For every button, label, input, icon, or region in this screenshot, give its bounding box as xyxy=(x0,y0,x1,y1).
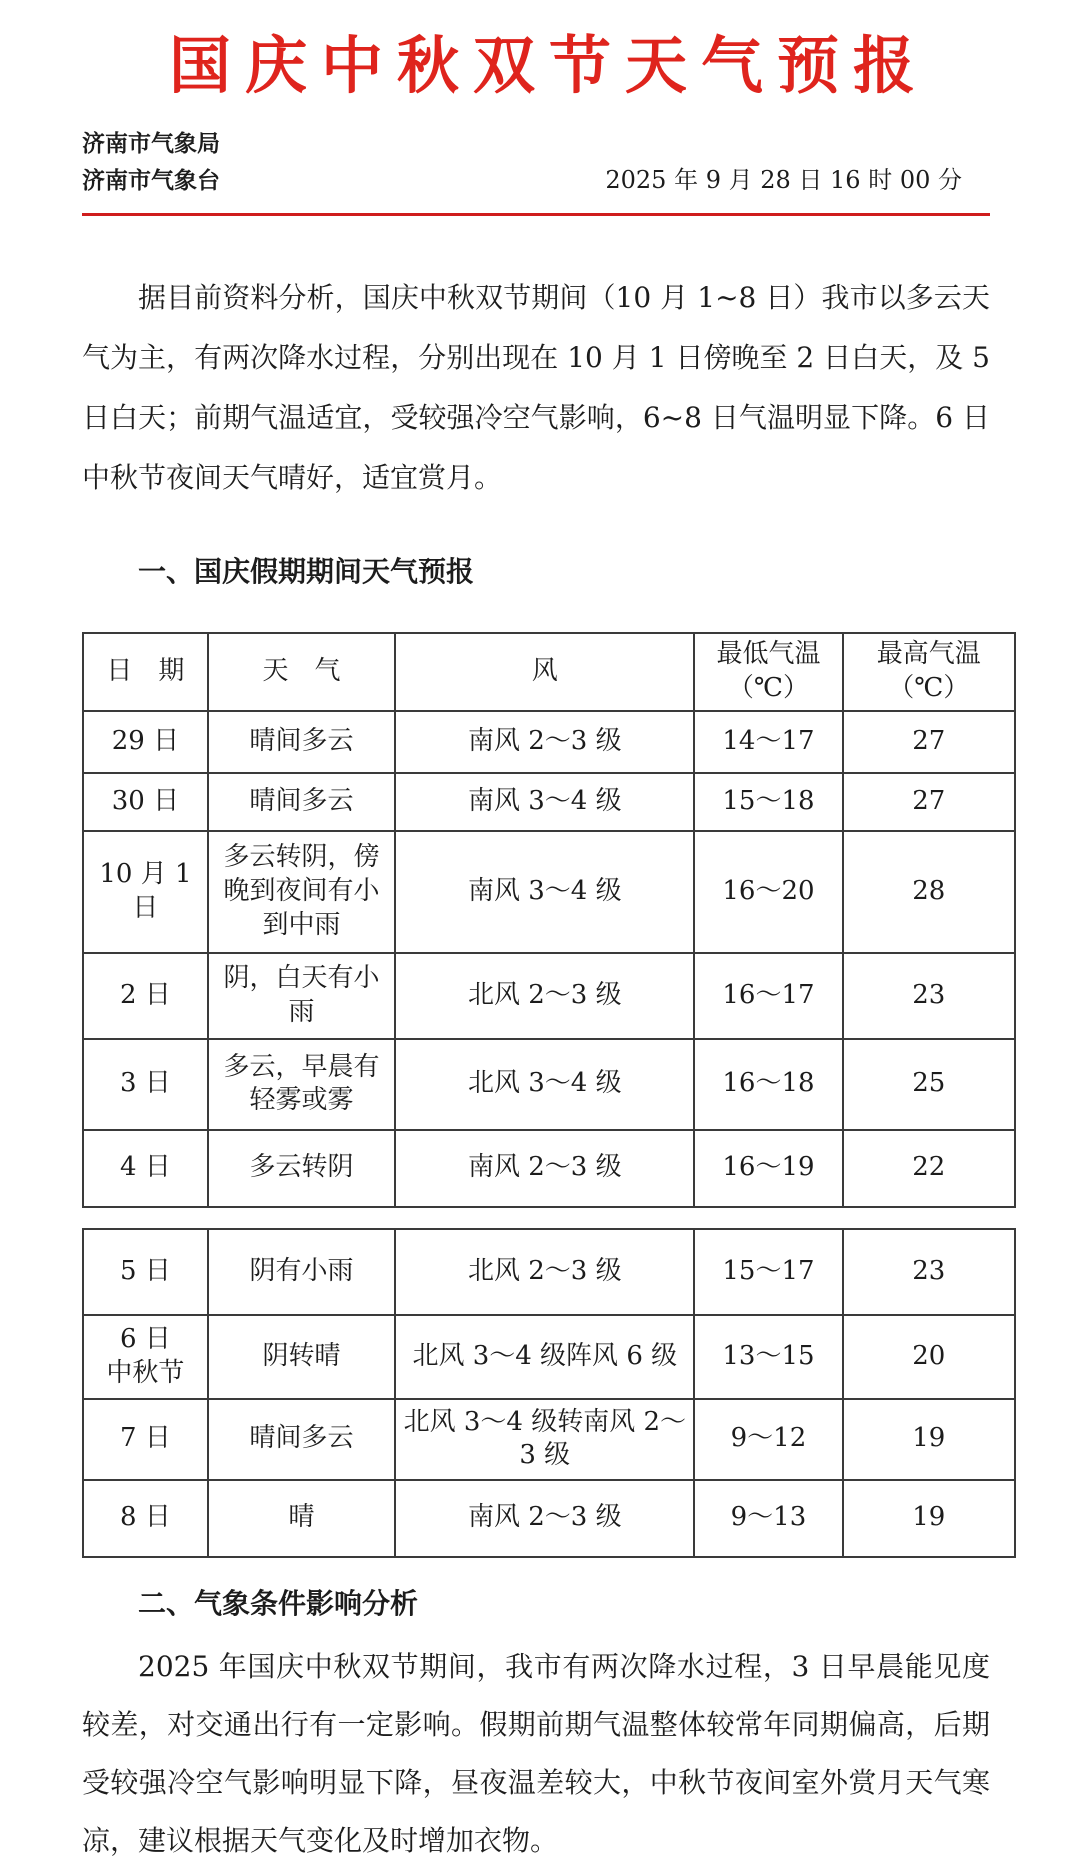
table-row: 6 日 中秋节 阴转晴 北风 3～4 级阵风 6 级 13～15 20 xyxy=(83,1315,1015,1399)
weather-cell: 阴，白天有小雨 xyxy=(208,953,395,1039)
table-header-row: 日 期 天 气 风 最低气温 （℃） 最高气温 （℃） xyxy=(83,633,1015,711)
wind-cell: 北风 3～4 级转南风 2～3 级 xyxy=(395,1399,694,1480)
wind-cell: 北风 3～4 级 xyxy=(395,1039,694,1130)
forecast-table-2: 5 日 阴有小雨 北风 2～3 级 15～17 23 6 日 中秋节 阴转晴 北… xyxy=(82,1228,1016,1558)
date-cell: 7 日 xyxy=(83,1399,208,1480)
table-row: 29 日 晴间多云 南风 2～3 级 14～17 27 xyxy=(83,711,1015,773)
tmax-cell: 23 xyxy=(843,953,1015,1039)
date-cell: 5 日 xyxy=(83,1229,208,1315)
wind-cell: 南风 3～4 级 xyxy=(395,773,694,831)
weather-cell: 多云转阴 xyxy=(208,1130,395,1207)
tmax-cell: 23 xyxy=(843,1229,1015,1315)
issuer-block: 济南市气象局 济南市气象台 xyxy=(82,125,220,199)
tmin-cell: 16～20 xyxy=(694,831,842,953)
date-cell: 10 月 1 日 xyxy=(83,831,208,953)
section2-heading: 二、气象条件影响分析 xyxy=(138,1584,1016,1624)
section1-heading: 一、国庆假期期间天气预报 xyxy=(138,552,1016,592)
weather-cell: 晴间多云 xyxy=(208,711,395,773)
tmin-cell: 14～17 xyxy=(694,711,842,773)
date-cell: 4 日 xyxy=(83,1130,208,1207)
weather-cell: 多云，早晨有轻雾或雾 xyxy=(208,1039,395,1130)
wind-cell: 南风 2～3 级 xyxy=(395,1480,694,1557)
table-row: 7 日 晴间多云 北风 3～4 级转南风 2～3 级 9～12 19 xyxy=(83,1399,1015,1480)
wind-cell: 南风 2～3 级 xyxy=(395,711,694,773)
tmin-cell: 16～17 xyxy=(694,953,842,1039)
col-header-tmax: 最高气温 （℃） xyxy=(843,633,1015,711)
tmin-cell: 16～18 xyxy=(694,1039,842,1130)
tmin-cell: 9～13 xyxy=(694,1480,842,1557)
wind-cell: 北风 2～3 级 xyxy=(395,1229,694,1315)
date-cell: 8 日 xyxy=(83,1480,208,1557)
analysis-paragraph: 2025 年国庆中秋双节期间，我市有两次降水过程，3 日早晨能见度较差，对交通出… xyxy=(82,1638,990,1864)
table-row: 4 日 多云转阴 南风 2～3 级 16～19 22 xyxy=(83,1130,1015,1207)
weather-cell: 多云转阴，傍晚到夜间有小到中雨 xyxy=(208,831,395,953)
document-header: 济南市气象局 济南市气象台 2025 年 9 月 28 日 16 时 00 分 xyxy=(82,125,1016,199)
col-header-tmin: 最低气温 （℃） xyxy=(694,633,842,711)
col-header-wind: 风 xyxy=(395,633,694,711)
issuer-line-1: 济南市气象局 xyxy=(82,125,220,162)
table-row: 10 月 1 日 多云转阴，傍晚到夜间有小到中雨 南风 3～4 级 16～20 … xyxy=(83,831,1015,953)
date-cell: 3 日 xyxy=(83,1039,208,1130)
wind-cell: 北风 2～3 级 xyxy=(395,953,694,1039)
tmax-cell: 22 xyxy=(843,1130,1015,1207)
table-row: 2 日 阴，白天有小雨 北风 2～3 级 16～17 23 xyxy=(83,953,1015,1039)
tmax-cell: 19 xyxy=(843,1399,1015,1480)
date-cell: 6 日 中秋节 xyxy=(83,1315,208,1399)
tmax-cell: 25 xyxy=(843,1039,1015,1130)
issuer-line-2: 济南市气象台 xyxy=(82,162,220,199)
page-title: 国庆中秋双节天气预报 xyxy=(82,0,1016,101)
tmin-cell: 15～18 xyxy=(694,773,842,831)
weather-cell: 阴有小雨 xyxy=(208,1229,395,1315)
red-divider xyxy=(82,213,990,216)
table-row: 8 日 晴 南风 2～3 级 9～13 19 xyxy=(83,1480,1015,1557)
weather-cell: 晴间多云 xyxy=(208,773,395,831)
tmin-cell: 13～15 xyxy=(694,1315,842,1399)
weather-cell: 晴间多云 xyxy=(208,1399,395,1480)
tmax-cell: 27 xyxy=(843,773,1015,831)
tmin-cell: 9～12 xyxy=(694,1399,842,1480)
tmin-cell: 15～17 xyxy=(694,1229,842,1315)
weather-cell: 阴转晴 xyxy=(208,1315,395,1399)
table-row: 30 日 晴间多云 南风 3～4 级 15～18 27 xyxy=(83,773,1015,831)
forecast-table-1: 日 期 天 气 风 最低气温 （℃） 最高气温 （℃） 29 日 晴间多云 南风… xyxy=(82,632,1016,1208)
wind-cell: 南风 2～3 级 xyxy=(395,1130,694,1207)
intro-paragraph: 据目前资料分析，国庆中秋双节期间（10 月 1~8 日）我市以多云天气为主，有两… xyxy=(82,268,990,508)
col-header-weather: 天 气 xyxy=(208,633,395,711)
date-cell: 30 日 xyxy=(83,773,208,831)
tmax-cell: 19 xyxy=(843,1480,1015,1557)
table-row: 5 日 阴有小雨 北风 2～3 级 15～17 23 xyxy=(83,1229,1015,1315)
tmax-cell: 27 xyxy=(843,711,1015,773)
weather-cell: 晴 xyxy=(208,1480,395,1557)
issue-datetime: 2025 年 9 月 28 日 16 时 00 分 xyxy=(605,162,962,199)
weather-bulletin-document: 国庆中秋双节天气预报 济南市气象局 济南市气象台 2025 年 9 月 28 日… xyxy=(0,0,1080,1864)
table-row: 3 日 多云，早晨有轻雾或雾 北风 3～4 级 16～18 25 xyxy=(83,1039,1015,1130)
date-cell: 2 日 xyxy=(83,953,208,1039)
wind-cell: 南风 3～4 级 xyxy=(395,831,694,953)
date-cell: 29 日 xyxy=(83,711,208,773)
tmax-cell: 28 xyxy=(843,831,1015,953)
col-header-date: 日 期 xyxy=(83,633,208,711)
wind-cell: 北风 3～4 级阵风 6 级 xyxy=(395,1315,694,1399)
tmax-cell: 20 xyxy=(843,1315,1015,1399)
tmin-cell: 16～19 xyxy=(694,1130,842,1207)
